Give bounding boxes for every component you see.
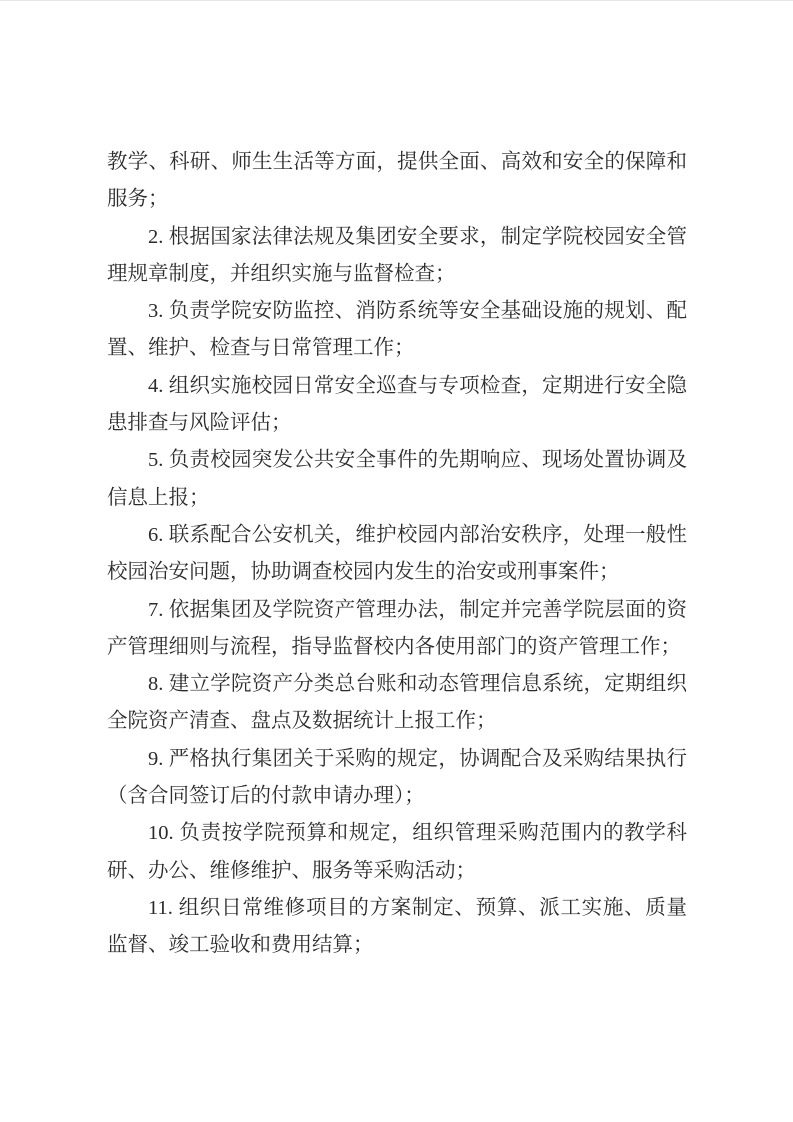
paragraph: 2. 根据国家法律法规及集团安全要求，制定学院校园安全管理规章制度，并组织实施与… bbox=[107, 219, 687, 294]
paragraph: 3. 负责学院安防监控、消防系统等安全基础设施的规划、配置、维护、检查与日常管理… bbox=[107, 293, 687, 368]
paragraph: 10. 负责按学院预算和规定，组织管理采购范围内的教学科研、办公、维修维护、服务… bbox=[107, 815, 687, 890]
paragraph: 11. 组织日常维修项目的方案制定、预算、派工实施、质量监督、竣工验收和费用结算… bbox=[107, 890, 687, 965]
document-text-body: 教学、科研、师生生活等方面，提供全面、高效和安全的保障和服务；2. 根据国家法律… bbox=[107, 144, 687, 965]
document-page: 教学、科研、师生生活等方面，提供全面、高效和安全的保障和服务；2. 根据国家法律… bbox=[0, 0, 793, 1122]
paragraph: 6. 联系配合公安机关，维护校园内部治安秩序，处理一般性校园治安问题，协助调查校… bbox=[107, 517, 687, 592]
paragraph: 8. 建立学院资产分类总台账和动态管理信息系统，定期组织全院资产清查、盘点及数据… bbox=[107, 666, 687, 741]
paragraph: 5. 负责校园突发公共安全事件的先期响应、现场处置协调及信息上报； bbox=[107, 442, 687, 517]
paragraph: 教学、科研、师生生活等方面，提供全面、高效和安全的保障和服务； bbox=[107, 144, 687, 219]
paragraph: 9. 严格执行集团关于采购的规定，协调配合及采购结果执行（含合同签订后的付款申请… bbox=[107, 741, 687, 816]
paragraph: 4. 组织实施校园日常安全巡查与专项检查，定期进行安全隐患排查与风险评估； bbox=[107, 368, 687, 443]
paragraph: 7. 依据集团及学院资产管理办法，制定并完善学院层面的资产管理细则与流程，指导监… bbox=[107, 592, 687, 667]
